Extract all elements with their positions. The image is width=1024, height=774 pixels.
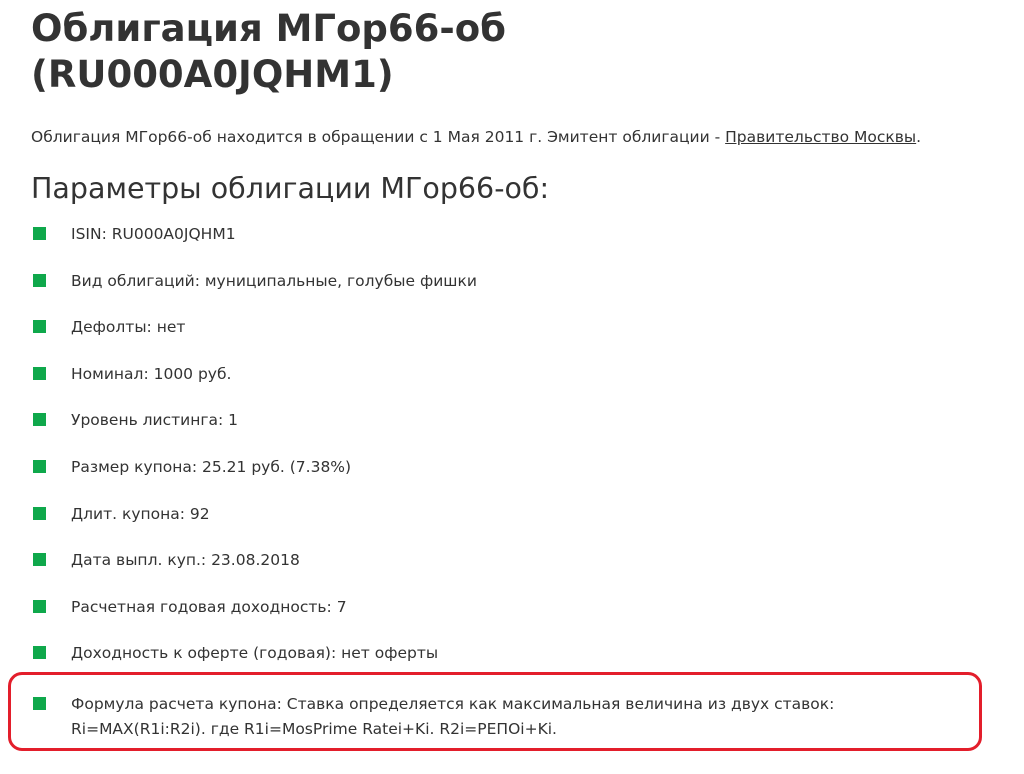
- param-coupon-formula: Формула расчета купона: Ставка определяе…: [71, 692, 971, 742]
- intro-text-end: .: [916, 128, 921, 146]
- params-list: ISIN: RU000A0JQHM1 Вид облигаций: муници…: [0, 222, 477, 688]
- bullet-square-icon: [33, 274, 46, 287]
- param-text: Доходность к оферте (годовая): нет оферт…: [71, 644, 438, 662]
- param-text: ISIN: RU000A0JQHM1: [71, 225, 236, 243]
- intro-paragraph: Облигация МГор66-об находится в обращени…: [31, 126, 921, 148]
- bullet-square-icon: [33, 697, 46, 710]
- bullet-square-icon: [33, 507, 46, 520]
- param-coupon-size: Размер купона: 25.21 руб. (7.38%): [0, 455, 477, 502]
- param-text: Номинал: 1000 руб.: [71, 365, 231, 383]
- param-text: Размер купона: 25.21 руб. (7.38%): [71, 458, 351, 476]
- bullet-square-icon: [33, 553, 46, 566]
- page-title-line1: Облигация МГор66-об: [31, 7, 506, 50]
- params-heading: Параметры облигации МГор66-об:: [31, 170, 549, 208]
- param-text: Расчетная годовая доходность: 7: [71, 598, 347, 616]
- param-text: Дата выпл. куп.: 23.08.2018: [71, 551, 300, 569]
- param-coupon-duration: Длит. купона: 92: [0, 502, 477, 549]
- bullet-square-icon: [33, 600, 46, 613]
- param-text: Уровень листинга: 1: [71, 411, 238, 429]
- param-defaults: Дефолты: нет: [0, 315, 477, 362]
- formula-line1: Формула расчета купона: Ставка определяе…: [71, 695, 834, 713]
- page-title-line2: (RU000A0JQHM1): [31, 53, 394, 96]
- bullet-square-icon: [33, 460, 46, 473]
- bullet-square-icon: [33, 413, 46, 426]
- page-title: Облигация МГор66-об (RU000A0JQHM1): [31, 6, 506, 98]
- bullet-square-icon: [33, 227, 46, 240]
- param-text: Вид облигаций: муниципальные, голубые фи…: [71, 272, 477, 290]
- formula-line2: Ri=MAX(R1i:R2i). где R1i=MosPrime Ratei+…: [71, 720, 557, 738]
- param-annual-yield: Расчетная годовая доходность: 7: [0, 595, 477, 642]
- intro-text: Облигация МГор66-об находится в обращени…: [31, 128, 725, 146]
- bullet-square-icon: [33, 320, 46, 333]
- param-isin: ISIN: RU000A0JQHM1: [0, 222, 477, 269]
- param-text: Длит. купона: 92: [71, 505, 210, 523]
- param-coupon-date: Дата выпл. куп.: 23.08.2018: [0, 548, 477, 595]
- param-bond-type: Вид облигаций: муниципальные, голубые фи…: [0, 269, 477, 316]
- param-text: Дефолты: нет: [71, 318, 185, 336]
- issuer-link[interactable]: Правительство Москвы: [725, 128, 916, 146]
- param-listing-level: Уровень листинга: 1: [0, 408, 477, 455]
- param-nominal: Номинал: 1000 руб.: [0, 362, 477, 409]
- bullet-square-icon: [33, 646, 46, 659]
- bullet-square-icon: [33, 367, 46, 380]
